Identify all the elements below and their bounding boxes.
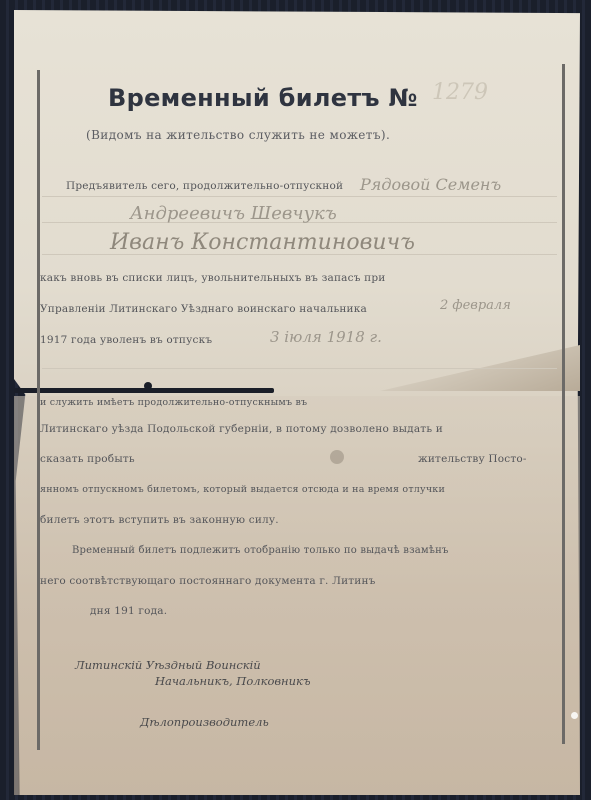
signatory-office-line-1: Литинскій Уѣздный Воинскій — [75, 658, 261, 672]
body-line: Управленіи Литинскаго Уѣзднаго воинскаго… — [40, 303, 367, 315]
handwritten-entry: Рядовой Семенъ — [360, 175, 501, 194]
body-line: и служить имѣетъ продолжительно-отпускны… — [40, 397, 307, 408]
ruled-line — [42, 368, 557, 369]
ruled-line — [42, 196, 557, 197]
body-line: янномъ отпускномъ билетомъ, который выда… — [40, 484, 445, 495]
right-border-rule — [562, 64, 565, 744]
document-number: 1279 — [432, 80, 488, 105]
left-border-rule — [37, 70, 40, 750]
pin-hole — [571, 712, 578, 719]
handwritten-entry: Андреевичъ Шевчукъ — [130, 203, 337, 224]
signatory-office-line-2: Начальникъ, Полковникъ — [155, 674, 311, 688]
stamp-mark — [330, 450, 344, 464]
body-line: жительству Посто- — [418, 453, 527, 465]
handwritten-entry: Иванъ Константиновичъ — [110, 230, 415, 255]
clerk-label: Дѣлопроизводитель — [140, 715, 269, 729]
body-line: какъ вновь въ списки лицъ, увольнительны… — [40, 272, 385, 284]
handwritten-entry: 3 іюля 1918 г. — [270, 328, 382, 346]
fold-tear — [14, 388, 274, 393]
body-line: дня 191 года. — [90, 605, 167, 617]
body-line: Предъявитель сего, продолжительно-отпуск… — [66, 180, 343, 192]
document-title: Временный билетъ № — [108, 84, 418, 112]
document-subtitle: (Видомъ на жительство служить не можетъ)… — [86, 128, 390, 142]
body-line: билетъ этотъ вступить въ законную силу. — [40, 514, 279, 526]
body-line: сказать пробыть — [40, 453, 135, 465]
body-line: 1917 года уволенъ въ отпускъ — [40, 334, 212, 346]
body-line: Временный билетъ подлежитъ отобранію тол… — [72, 545, 449, 556]
body-line: Литинскаго уѣзда Подольской губерніи, в … — [40, 423, 443, 435]
handwritten-entry: 2 февраля — [440, 298, 511, 313]
body-line: него соотвѣтствующаго постояннаго докуме… — [40, 575, 376, 587]
